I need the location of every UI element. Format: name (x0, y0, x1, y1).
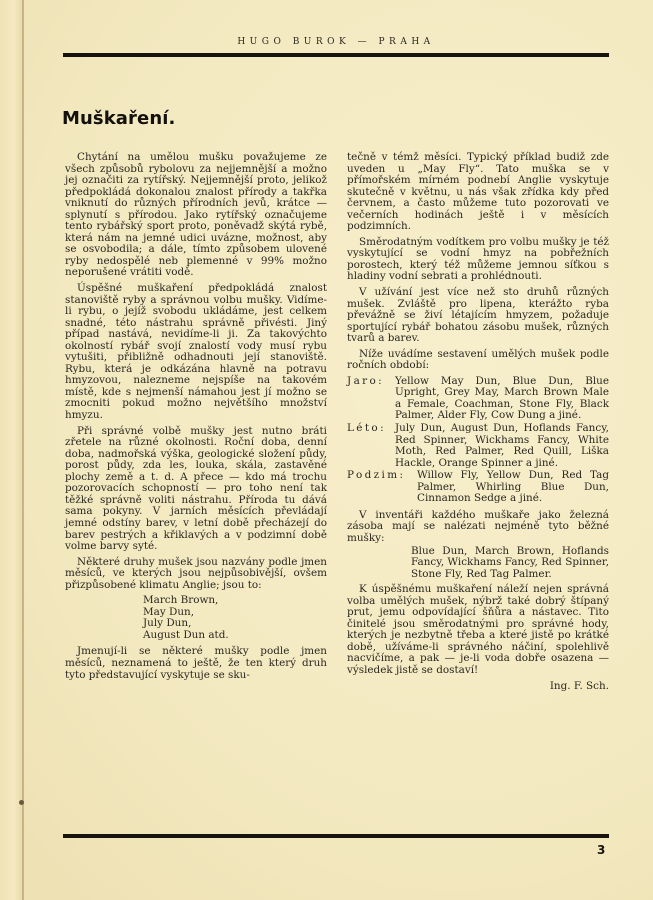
season-autumn: Podzim: Willow Fly, Yellow Dun, Red Tag … (347, 470, 609, 505)
binding-edge (0, 0, 23, 900)
footer-rule (63, 834, 609, 838)
common-fly-list: Blue Dun, March Brown, Hoflands Fancy, W… (411, 546, 609, 581)
season-flies: Yellow May Dun, Blue Dun, Blue Upright, … (395, 376, 609, 422)
paragraph: Níže uvádíme sestavení umělých mušek pod… (347, 349, 609, 372)
right-column: tečně v témž měsíci. Typický příklad bud… (347, 152, 609, 696)
paragraph: Úspěšné muškaření předpokládá znalost st… (65, 283, 327, 422)
season-spring: Jaro: Yellow May Dun, Blue Dun, Blue Upr… (347, 376, 609, 422)
season-summer: Léto: July Dun, August Dun, Hoflands Fan… (347, 423, 609, 469)
left-column: Chytání na umělou mušku považujeme ze vš… (65, 152, 327, 685)
article-title: Muškaření. (62, 108, 175, 129)
paragraph: V inventáři každého muškaře jako železná… (347, 510, 609, 545)
paragraph: Jmenují-li se některé mušky podle jmen m… (65, 646, 327, 681)
season-flies: Willow Fly, Yellow Dun, Red Tag Palmer, … (417, 470, 609, 505)
paragraph: Některé druhy mušek jsou nazvány podle j… (65, 557, 327, 592)
list-item: August Dun atd. (143, 630, 327, 642)
season-label: Jaro: (347, 376, 395, 422)
season-label: Léto: (347, 423, 395, 469)
author-signature: Ing. F. Sch. (347, 681, 609, 693)
season-flies: July Dun, August Dun, Hoflands Fancy, Re… (395, 423, 609, 469)
paragraph: Směrodatným vodítkem pro volbu mušky je … (347, 237, 609, 283)
season-label: Podzim: (347, 470, 417, 505)
running-head: HUGO BUROK — PRAHA (63, 37, 609, 47)
magazine-page: HUGO BUROK — PRAHA Muškaření. Chytání na… (0, 0, 653, 900)
paragraph: K úspěšnému muškaření náleží nejen správ… (347, 584, 609, 676)
paragraph: Chytání na umělou mušku považujeme ze vš… (65, 152, 327, 279)
binding-crease (22, 0, 24, 900)
paragraph: Při správné volbě mušky jest nutno bráti… (65, 426, 327, 553)
header-rule (63, 53, 609, 57)
page-number: 3 (597, 843, 605, 857)
paragraph: V užívání jest více než sto druhů různýc… (347, 287, 609, 345)
month-fly-list: March Brown, May Dun, July Dun, August D… (143, 595, 327, 641)
paper-stain (19, 800, 24, 805)
paragraph-continuation: tečně v témž měsíci. Typický příklad bud… (347, 152, 609, 233)
